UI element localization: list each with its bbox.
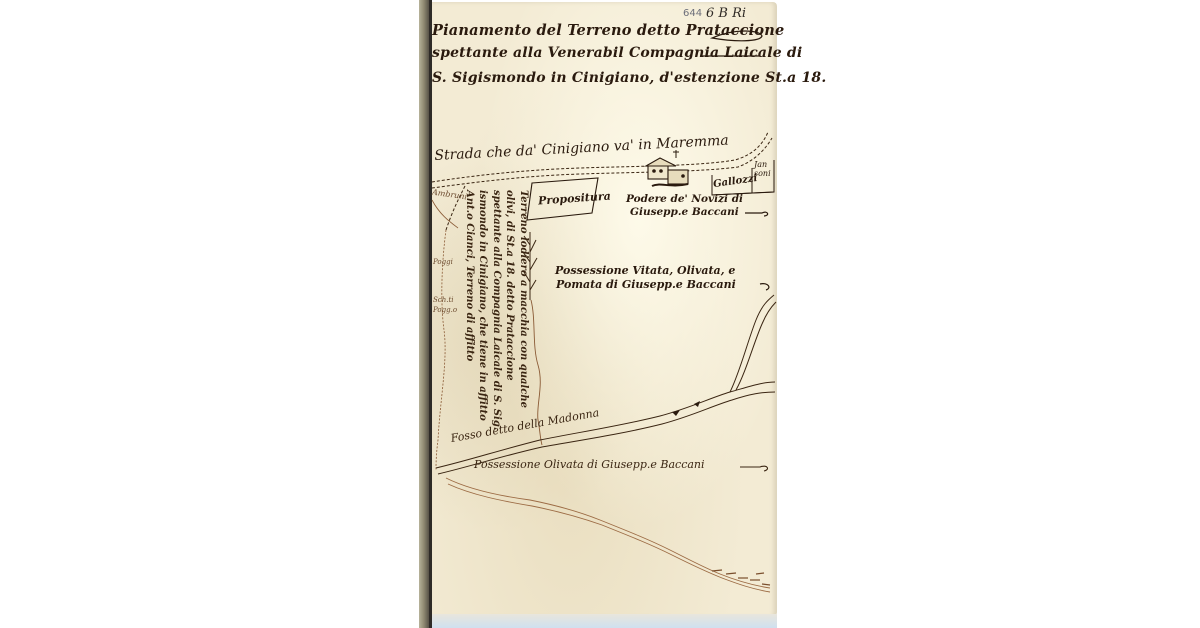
farmhouse-icon (646, 150, 688, 186)
vertical-description-line: ismondo in Cinigiano, che tiene in affit… (476, 190, 490, 450)
vertical-description-line: Ant.o Cianci, Terreno di affitto (463, 190, 477, 450)
map-drawing (0, 0, 1200, 628)
side-note-2: Sch.ti (433, 296, 454, 304)
parcel-jan-soni-label: Jan soni (754, 160, 774, 178)
vertical-description-line: olivi, di St.a 18. detto Prataccione (503, 190, 517, 450)
possession-upper-line-2: Pomata di Giusepp.e Baccani (556, 278, 736, 291)
side-note-3: Pogg.o (433, 306, 457, 314)
vertical-description-line: spettante alla Compagnia Laicale di S. S… (490, 190, 504, 450)
possession-lower-label: Possessione Olivata di Giusepp.e Baccani (474, 458, 705, 471)
farmhouse-label-line-2: Giusepp.e Baccani (630, 206, 739, 218)
side-note-1: Poggi (433, 258, 453, 266)
farmhouse-label-line-1: Podere de' Novizi di (626, 193, 743, 205)
possession-upper-line-1: Possessione Vitata, Olivata, e (555, 264, 735, 277)
vertical-description-line: Terreno lodiero a macchia con qualche (517, 190, 531, 450)
vertical-description-block: Terreno lodiero a macchia con qualche ol… (450, 190, 530, 450)
